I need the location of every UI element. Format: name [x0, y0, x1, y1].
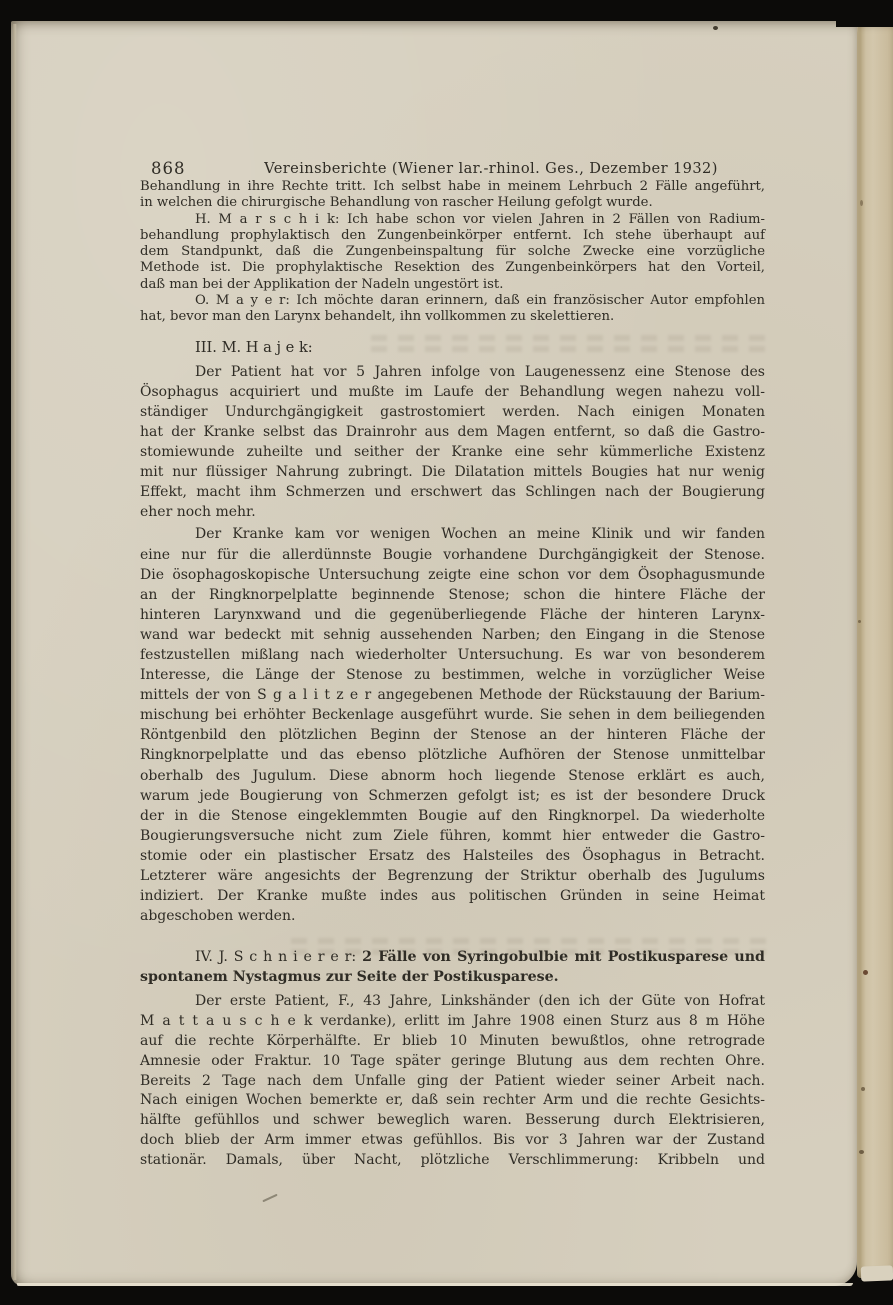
text-line: Der erste Patient, F., 43 Jahre, Linkshä…: [140, 992, 765, 1012]
text-line: Methode ist. Die prophylaktische Resekti…: [140, 260, 765, 276]
text-line: O. M a y e r: Ich möchte daran erinnern,…: [140, 293, 765, 309]
text-line: Effekt, macht ihm Schmerzen und erschwer…: [140, 482, 765, 502]
text-line: hat, bevor man den Larynx behandelt, ihn…: [140, 309, 765, 325]
text-line: stomie oder ein plastischer Ersatz des H…: [140, 846, 765, 866]
text-line: doch blieb der Arm immer etwas gefühllos…: [140, 1131, 765, 1151]
text-block: Der Patient hat vor 5 Jahren infolge von…: [140, 362, 765, 927]
text-line: Der Patient hat vor 5 Jahren infolge von…: [140, 362, 765, 382]
scan-speck: [859, 1150, 864, 1154]
text-line: warum jede Bougierung von Schmerzen gefo…: [140, 786, 765, 806]
text-block: Behandlung in ihre Rechte tritt. Ich sel…: [140, 179, 765, 326]
text-line: oberhalb des Jugulum. Diese abnorm hoch …: [140, 766, 765, 786]
text-column: Behandlung in ihre Rechte tritt. Ich sel…: [140, 179, 765, 1171]
text-line: M a t t a u s c h e k verdanke), erlitt …: [140, 1012, 765, 1032]
page-header: 868 Vereinsberichte (Wiener lar.-rhinol.…: [151, 159, 776, 181]
text-line: spontanem Nystagmus zur Seite der Postik…: [140, 967, 765, 987]
text-line: Röntgenbild den plötzlichen Beginn der S…: [140, 725, 765, 745]
text-line: indiziert. Der Kranke mußte indes aus po…: [140, 886, 765, 906]
text-line: der in die Stenose eingeklemmten Bougie …: [140, 806, 765, 826]
text-line: festzustellen mißlang nach wiederholter …: [140, 645, 765, 665]
text-line: ständiger Undurchgängigkeit gastrostomie…: [140, 402, 765, 422]
text-line: wand war bedeckt mit sehnig aussehenden …: [140, 625, 765, 645]
text-line: abgeschoben werden.: [140, 906, 765, 926]
paragraph: Der Patient hat vor 5 Jahren infolge von…: [140, 362, 765, 523]
paragraph: Behandlung in ihre Rechte tritt. Ich sel…: [140, 179, 765, 212]
text-line: Ösophagus acquiriert und mußte im Laufe …: [140, 382, 765, 402]
next-page-sliver: [861, 1265, 893, 1281]
scan-black-notch: [836, 0, 893, 27]
bold-title-segment: 2 Fälle von Syringobulbie mit Postikuspa…: [362, 949, 765, 965]
text-line: H. M a r s c h i k: Ich habe schon vor v…: [140, 212, 765, 228]
scan-speck: [861, 1087, 865, 1091]
paragraph: H. M a r s c h i k: Ich habe schon vor v…: [140, 212, 765, 293]
running-title: Vereinsberichte (Wiener lar.-rhinol. Ges…: [206, 160, 776, 177]
scan-speck: [713, 26, 718, 30]
text-line: eine nur für die allerdünnste Bougie vor…: [140, 545, 765, 565]
text-line: stationär. Damals, über Nacht, plötzlich…: [140, 1151, 765, 1171]
page-number: 868: [151, 159, 186, 178]
text-line: hat der Kranke selbst das Drainrohr aus …: [140, 422, 765, 442]
text-line: an der Ringknorpelplatte beginnende Sten…: [140, 585, 765, 605]
scan-speck: [863, 970, 868, 975]
text-line: mittels der von S g a l i t z e r angege…: [140, 685, 765, 705]
text-line: hinteren Larynxwand und die gegenüberlie…: [140, 605, 765, 625]
text-line: Ringknorpelplatte und das ebenso plötzli…: [140, 745, 765, 765]
text-line: Letzterer wäre angesichts der Begrenzung…: [140, 866, 765, 886]
text-line: stomiewunde zuheilte und seither der Kra…: [140, 442, 765, 462]
text-line: IV. J. S c h n i e r e r: 2 Fälle von Sy…: [140, 947, 765, 967]
text-line: mischung bei erhöhter Beckenlage ausgefü…: [140, 705, 765, 725]
paragraph: IV. J. S c h n i e r e r: 2 Fälle von Sy…: [140, 947, 765, 987]
scan-speck: [860, 200, 863, 206]
text-line: in welchen die chirurgische Behandlung v…: [140, 195, 765, 211]
text-line: auf die rechte Körperhälfte. Er blieb 10…: [140, 1032, 765, 1052]
scan-speck: [858, 620, 861, 623]
paragraph: Der erste Patient, F., 43 Jahre, Linkshä…: [140, 992, 765, 1170]
scan-background: 868 Vereinsberichte (Wiener lar.-rhinol.…: [0, 0, 893, 1305]
text-line: Die ösophagoskopische Untersuchung zeigt…: [140, 565, 765, 585]
text-line: Nach einigen Wochen bemerkte er, daß sei…: [140, 1091, 765, 1111]
text-line: daß man bei der Applikation der Nadeln u…: [140, 277, 765, 293]
text-line: hälfte gefühllos und schwer beweglich wa…: [140, 1111, 765, 1131]
text-line: behandlung prophylaktisch den Zungenbein…: [140, 228, 765, 244]
text-block: Der erste Patient, F., 43 Jahre, Linkshä…: [140, 992, 765, 1170]
text-line: dem Standpunkt, daß die Zungenbeinspaltu…: [140, 244, 765, 260]
paragraph: O. M a y e r: Ich möchte daran erinnern,…: [140, 293, 765, 326]
text-line: Behandlung in ihre Rechte tritt. Ich sel…: [140, 179, 765, 195]
text-line: Amnesie oder Fraktur. 10 Tage später ger…: [140, 1052, 765, 1072]
text-line: mit nur flüssiger Nahrung zubringt. Die …: [140, 462, 765, 482]
section-heading: III. M. H a j e k:: [140, 338, 765, 358]
text-line: eher noch mehr.: [140, 502, 765, 522]
bold-title-segment: spontanem Nystagmus zur Seite der Postik…: [140, 969, 559, 985]
text-line: Bereits 2 Tage nach dem Unfalle ging der…: [140, 1072, 765, 1092]
paragraph: Der Kranke kam vor wenigen Wochen an mei…: [140, 524, 765, 926]
speaker-name-segment: IV. J. S c h n i e r e r:: [195, 949, 362, 965]
text-line: Der Kranke kam vor wenigen Wochen an mei…: [140, 524, 765, 544]
text-block: IV. J. S c h n i e r e r: 2 Fälle von Sy…: [140, 947, 765, 987]
text-line: Interesse, die Länge der Stenose zu best…: [140, 665, 765, 685]
text-line: Bougierungsversuche nicht zum Ziele führ…: [140, 826, 765, 846]
